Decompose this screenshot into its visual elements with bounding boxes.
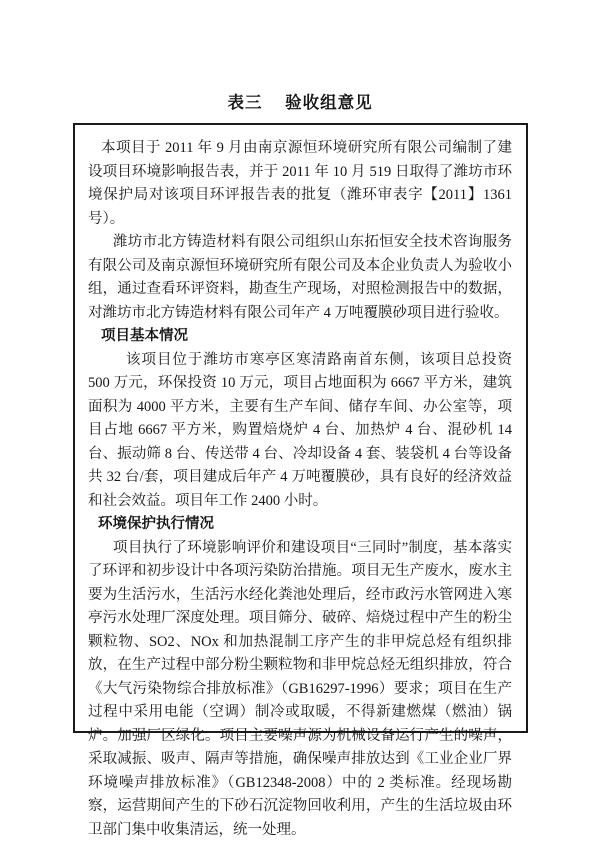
document-page: 表三 验收组意见 本项目于 2011 年 9 月由南京源恒环境研究所有限公司编制… [0,0,600,849]
section-heading-project-basics: 项目基本情况 [88,325,512,349]
page-title: 表三 验收组意见 [0,89,600,113]
paragraph-approval: 本项目于 2011 年 9 月由南京源恒环境研究所有限公司编制了建设项目环境影响… [88,137,512,231]
paragraph-environmental-protection: 项目执行了环境影响评价和建设项目“三同时”制度，基本落实了环评和初步设计中各项污… [88,537,512,843]
opinion-table-cell: 本项目于 2011 年 9 月由南京源恒环境研究所有限公司编制了建设项目环境影响… [73,123,528,733]
section-heading-environmental-protection: 环境保护执行情况 [88,513,512,537]
paragraph-project-basics: 该项目位于潍坊市寒亭区寒清路南首东侧，该项目总投资 500 万元，环保投资 10… [88,349,512,514]
paragraph-acceptance-team: 潍坊市北方铸造材料有限公司组织山东拓恒安全技术咨询服务有限公司及南京源恒环境研究… [88,231,512,325]
